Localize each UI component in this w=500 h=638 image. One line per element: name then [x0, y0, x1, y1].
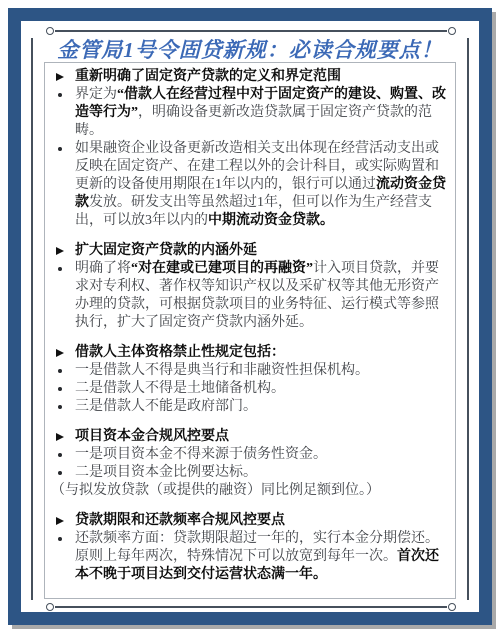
section: 项目资本金合规风控要点一是项目资本金不得来源于债务性资金。二是项目资本金比例要达…	[54, 428, 450, 500]
bullet-glyph	[58, 471, 62, 475]
arrow-glyph	[56, 349, 64, 357]
item-text: 明确了将“对在建或已建项目的再融资”计入项目贷款，并要求对专利权、著作权等知识产…	[75, 260, 450, 332]
section-heading: 借款人主体资格禁止性规定包括：	[75, 344, 285, 362]
bullet-glyph	[58, 93, 62, 97]
bullet-glyph	[58, 453, 62, 457]
arrow-glyph	[56, 247, 64, 255]
bullet-icon	[54, 140, 75, 151]
ornament-line-right	[467, 38, 469, 600]
arrow-right-icon	[54, 428, 75, 441]
list-item: 界定为“借款人在经营过程中对于固定资产的建设、购置、改造等行为”，明确设备更新改…	[54, 86, 450, 140]
bullet-glyph	[58, 405, 62, 409]
bullet-glyph	[58, 387, 62, 391]
item-text: （与拟发放贷款（或提供的融资）同比例足额到位。）	[51, 482, 450, 500]
section: 借款人主体资格禁止性规定包括：一是借款人不得是典当行和非融资性担保机构。二是借款…	[54, 344, 450, 416]
section-heading-row: 扩大固定资产贷款的内涵外延	[54, 242, 450, 260]
item-text: 一是项目资本金不得来源于债务性资金。	[75, 446, 450, 464]
bullet-glyph	[58, 267, 62, 271]
bullet-icon	[54, 380, 75, 391]
arrow-right-icon	[54, 344, 75, 357]
bullet-icon	[54, 362, 75, 373]
arrow-right-icon	[54, 242, 75, 255]
list-item: 一是借款人不得是典当行和非融资性担保机构。	[54, 362, 450, 380]
section: 重新明确了固定资产贷款的定义和界定范围界定为“借款人在经营过程中对于固定资产的建…	[54, 68, 450, 230]
list-item: 还款频率方面：贷款期限超过一年的，实行本金分期偿还。原则上每年两次，特殊情况下可…	[54, 530, 450, 584]
item-text: 二是借款人不得是土地储备机构。	[75, 380, 450, 398]
page-title: 金管局1号令固贷新规：必读合规要点！	[30, 34, 470, 64]
arrow-glyph	[56, 517, 64, 525]
content-box: 重新明确了固定资产贷款的定义和界定范围界定为“借款人在经营过程中对于固定资产的建…	[44, 62, 456, 599]
arrow-right-icon	[54, 68, 75, 81]
item-text: 一是借款人不得是典当行和非融资性担保机构。	[75, 362, 450, 380]
ornament-line-left	[31, 38, 33, 600]
section-heading: 扩大固定资产贷款的内涵外延	[75, 242, 257, 260]
bullet-glyph	[58, 369, 62, 373]
list-item: 如果融资企业设备更新改造相关支出体现在经营活动支出或反映在固定资产、在建工程以外…	[54, 140, 450, 230]
list-item: 明确了将“对在建或已建项目的再融资”计入项目贷款，并要求对专利权、著作权等知识产…	[54, 260, 450, 332]
section-heading: 贷款期限和还款频率合规风控要点	[75, 512, 285, 530]
section: 扩大固定资产贷款的内涵外延明确了将“对在建或已建项目的再融资”计入项目贷款，并要…	[54, 242, 450, 332]
bullet-icon	[54, 260, 75, 271]
ornament-line-bottom	[55, 606, 447, 608]
item-text: 二是项目资本金比例要达标。	[75, 464, 450, 482]
section-heading: 重新明确了固定资产贷款的定义和界定范围	[75, 68, 341, 86]
item-text: 还款频率方面：贷款期限超过一年的，实行本金分期偿还。原则上每年两次，特殊情况下可…	[75, 530, 450, 584]
bullet-icon	[54, 446, 75, 457]
arrow-glyph	[56, 73, 64, 81]
arrow-glyph	[56, 433, 64, 441]
arrow-right-icon	[54, 512, 75, 525]
bullet-glyph	[58, 147, 62, 151]
list-item: 三是借款人不能是政府部门。	[54, 398, 450, 416]
item-text: 界定为“借款人在经营过程中对于固定资产的建设、购置、改造等行为”，明确设备更新改…	[75, 86, 450, 140]
item-text: 三是借款人不能是政府部门。	[75, 398, 450, 416]
bullet-icon	[54, 86, 75, 97]
list-item: 一是项目资本金不得来源于债务性资金。	[54, 446, 450, 464]
bullet-glyph	[58, 537, 62, 541]
section-heading: 项目资本金合规风控要点	[75, 428, 229, 446]
note-item: （与拟发放贷款（或提供的融资）同比例足额到位。）	[51, 482, 450, 500]
section-heading-row: 贷款期限和还款频率合规风控要点	[54, 512, 450, 530]
list-item: 二是项目资本金比例要达标。	[54, 464, 450, 482]
ornament-curl-bottom-left	[46, 603, 54, 611]
list-item: 二是借款人不得是土地储备机构。	[54, 380, 450, 398]
section-heading-row: 项目资本金合规风控要点	[54, 428, 450, 446]
ornament-curl-bottom-right	[448, 603, 456, 611]
section-heading-row: 借款人主体资格禁止性规定包括：	[54, 344, 450, 362]
ornament-line-top	[55, 30, 447, 32]
bullet-icon	[54, 398, 75, 409]
bullet-icon	[54, 530, 75, 541]
section-heading-row: 重新明确了固定资产贷款的定义和界定范围	[54, 68, 450, 86]
bullet-icon	[54, 464, 75, 475]
section: 贷款期限和还款频率合规风控要点还款频率方面：贷款期限超过一年的，实行本金分期偿还…	[54, 512, 450, 584]
item-text: 如果融资企业设备更新改造相关支出体现在经营活动支出或反映在固定资产、在建工程以外…	[75, 140, 450, 230]
